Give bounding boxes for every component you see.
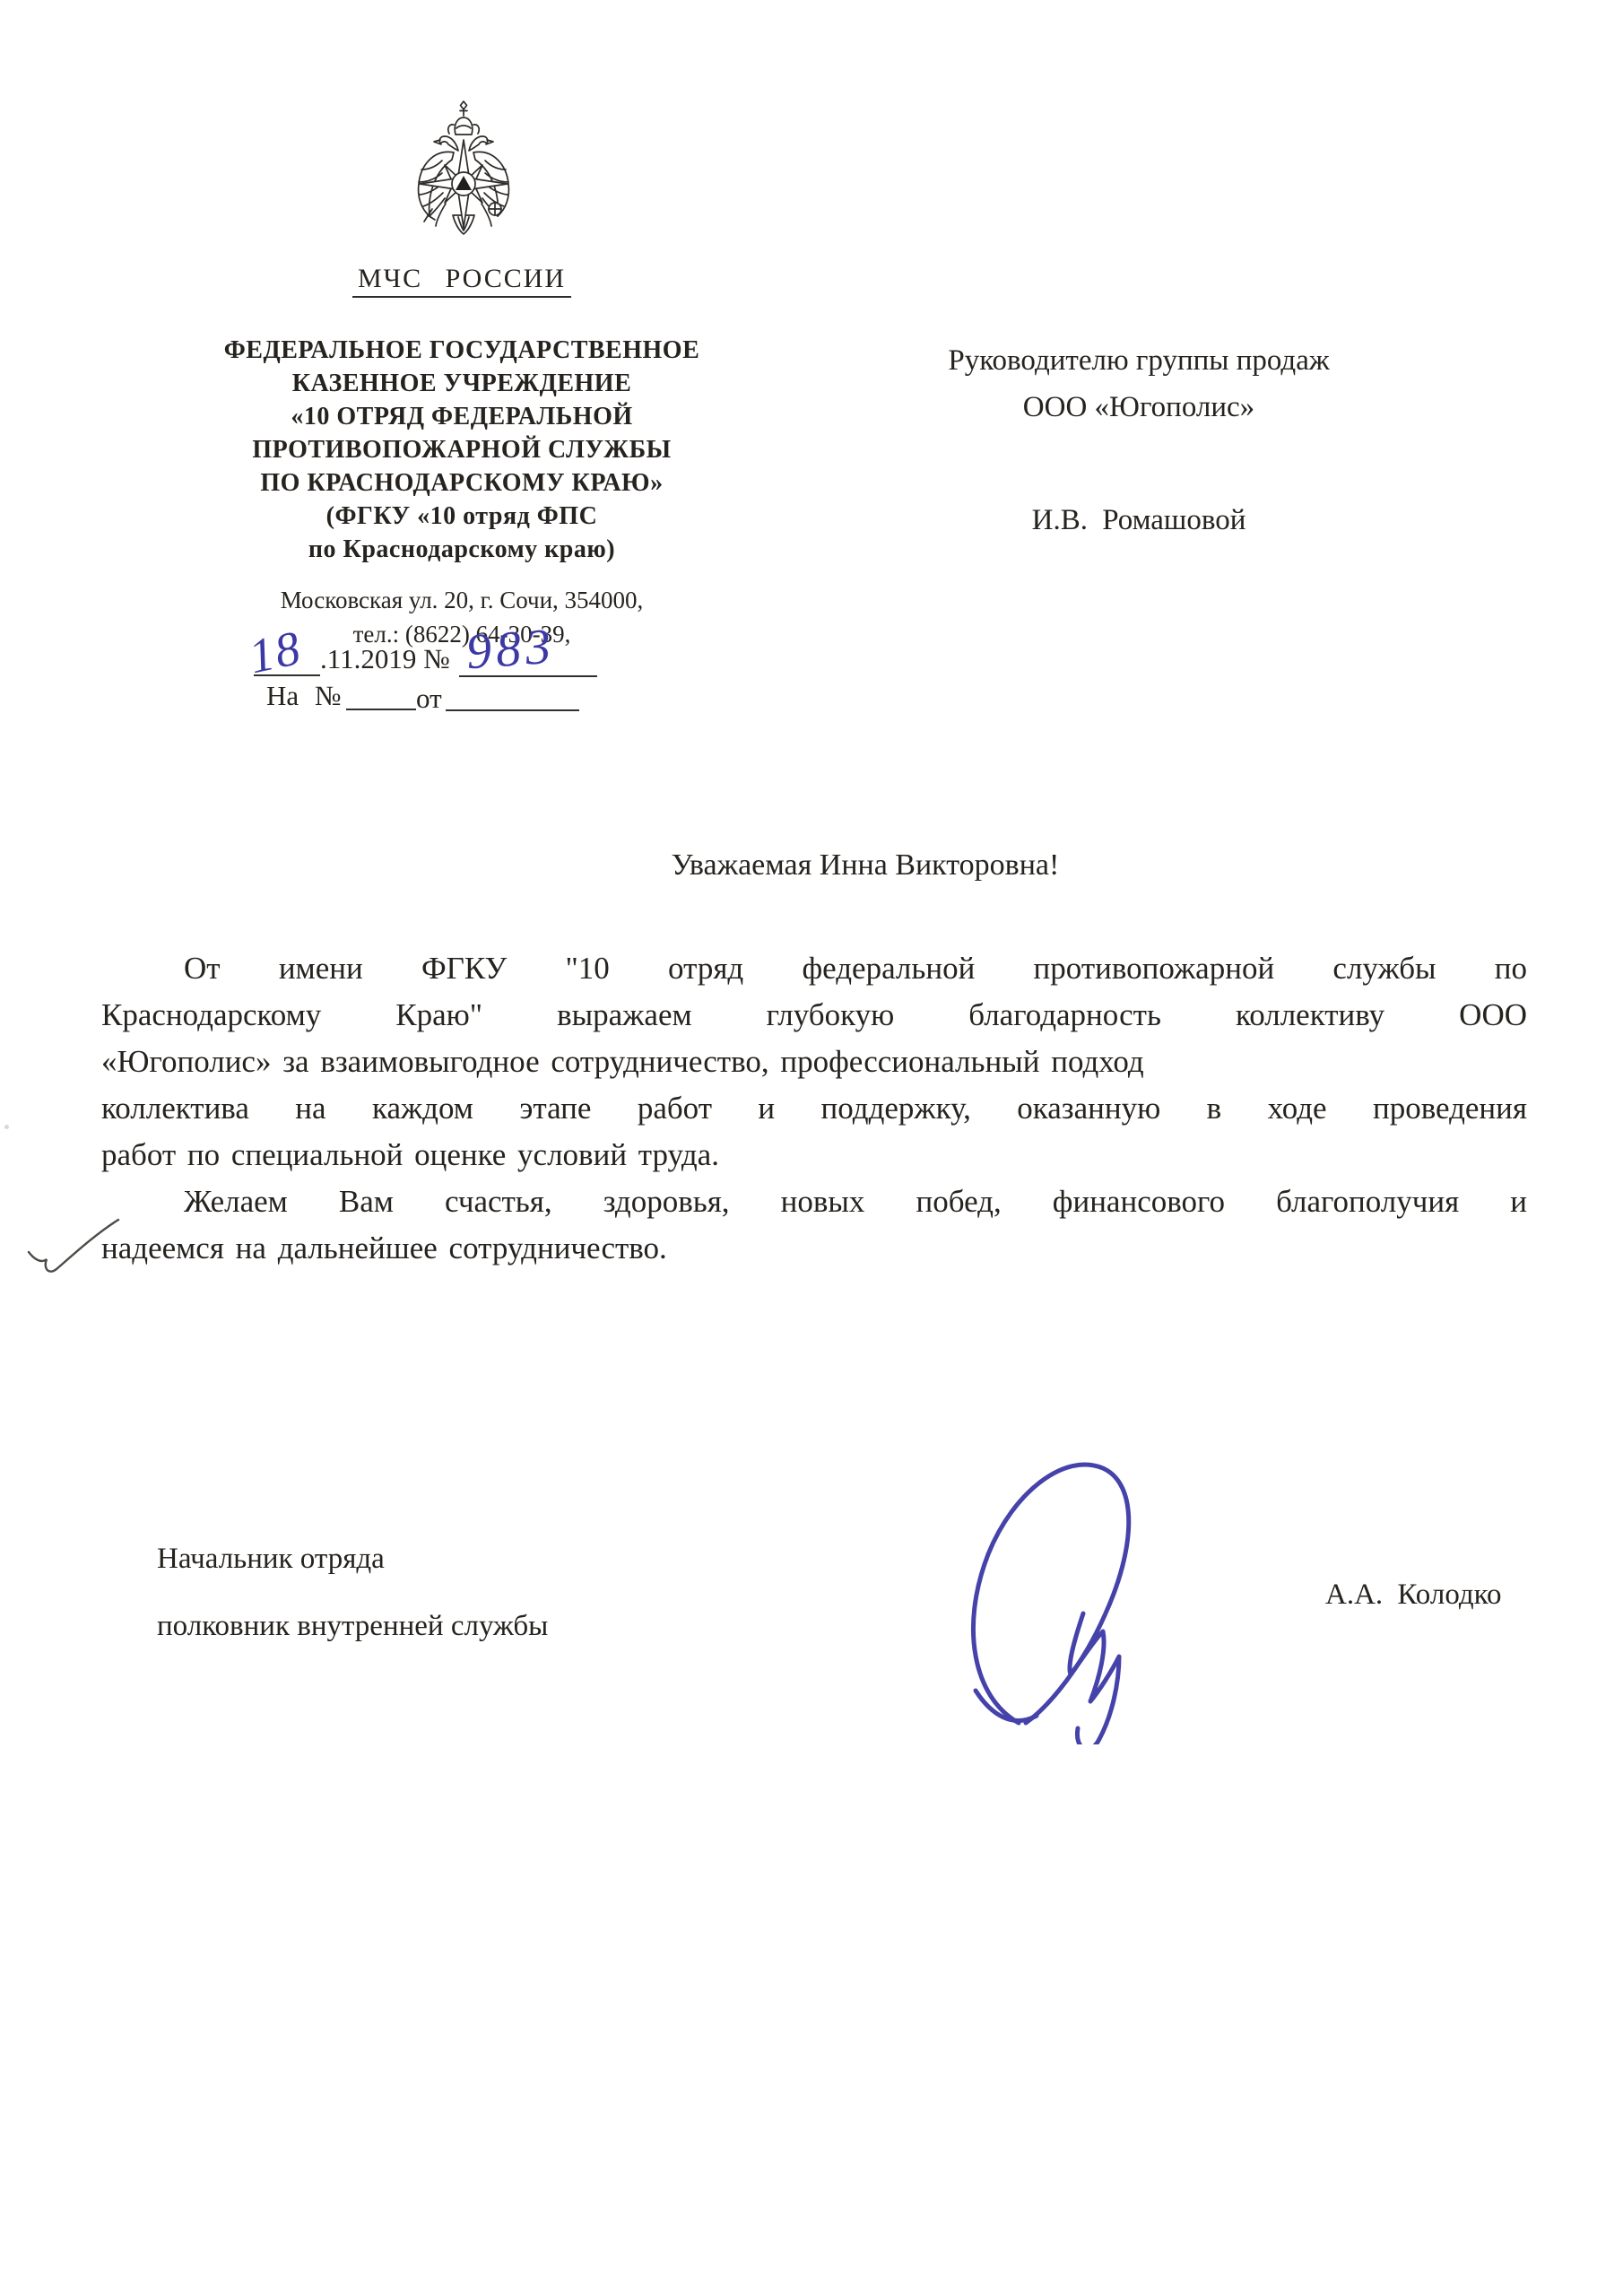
date-printed-label: .11.2019 № <box>320 643 450 675</box>
body-line: коллектива на каждом этапе работ и подде… <box>101 1085 1527 1132</box>
salutation: Уважаемая Инна Викторовна! <box>152 848 1578 883</box>
org-name-line: ПО КРАСНОДАРСКОМУ КРАЮ» <box>121 466 803 500</box>
signer-title-line-1: Начальник отряда <box>157 1543 385 1576</box>
address-block: Московская ул. 20, г. Сочи, 354000, тел.… <box>121 583 803 651</box>
organization-name-block: ФЕДЕРАЛЬНОЕ ГОСУДАРСТВЕННОЕ КАЗЕННОЕ УЧР… <box>121 334 803 566</box>
date-day-underline <box>254 674 320 676</box>
body-paragraph-2: Желаем Вам счастья, здоровья, новых побе… <box>101 1178 1527 1272</box>
ref-date-label: от <box>416 683 442 715</box>
org-name-line: ПРОТИВОПОЖАРНОЙ СЛУЖБЫ <box>121 433 803 466</box>
address-line-1: Московская ул. 20, г. Сочи, 354000, <box>121 583 803 617</box>
signer-name: А.А. Колодко <box>1325 1578 1502 1612</box>
org-name-line: ФЕДЕРАЛЬНОЕ ГОСУДАРСТВЕННОЕ <box>121 334 803 367</box>
recipient-block: Руководителю группы продаж ООО «Югополис… <box>852 337 1426 430</box>
recipient-line: Руководителю группы продаж <box>852 337 1426 384</box>
ref-number-label: На № <box>266 680 341 712</box>
recipient-name: И.В. Ромашовой <box>852 504 1426 537</box>
body-line: надеемся на дальнейшее сотрудничество. <box>101 1225 1527 1272</box>
org-name-line: (ФГКУ «10 отряд ФПС <box>121 500 803 533</box>
body-line: Краснодарскому Краю" выражаем глубокую б… <box>101 992 1527 1039</box>
address-line-2: тел.: (8622) 64-30-39, <box>121 617 803 651</box>
mchs-emblem-icon <box>405 99 522 238</box>
signature-autograph-icon <box>924 1439 1166 1744</box>
scan-speck <box>4 1125 9 1129</box>
doc-number-underline <box>459 675 597 677</box>
body-paragraph-1: От имени ФГКУ "10 отряд федеральной прот… <box>101 945 1527 1178</box>
org-name-line: по Краснодарскому краю) <box>121 533 803 566</box>
signer-title-line-2: полковник внутренней службы <box>157 1610 548 1643</box>
org-name-line: «10 ОТРЯД ФЕДЕРАЛЬНОЙ <box>121 400 803 433</box>
org-name-line: КАЗЕННОЕ УЧРЕЖДЕНИЕ <box>121 367 803 400</box>
body-line: «Югополис» за взаимовыгодное сотрудничес… <box>101 1039 1527 1085</box>
ref-number-underline <box>346 709 416 710</box>
body-line: Желаем Вам счастья, здоровья, новых побе… <box>101 1178 1527 1225</box>
body-line: работ по специальной оценке условий труд… <box>101 1132 1527 1178</box>
handwritten-doc-number: 983 <box>464 618 557 682</box>
margin-checkmark-icon <box>25 1213 124 1284</box>
recipient-line: ООО «Югополис» <box>852 384 1426 430</box>
ref-date-underline <box>446 709 579 711</box>
body-line: От имени ФГКУ "10 отряд федеральной прот… <box>101 945 1527 992</box>
letter-page: { "colors": { "text_ink": "#26231f", "pe… <box>0 0 1623 2296</box>
ministry-title: МЧС РОССИИ <box>121 264 803 294</box>
